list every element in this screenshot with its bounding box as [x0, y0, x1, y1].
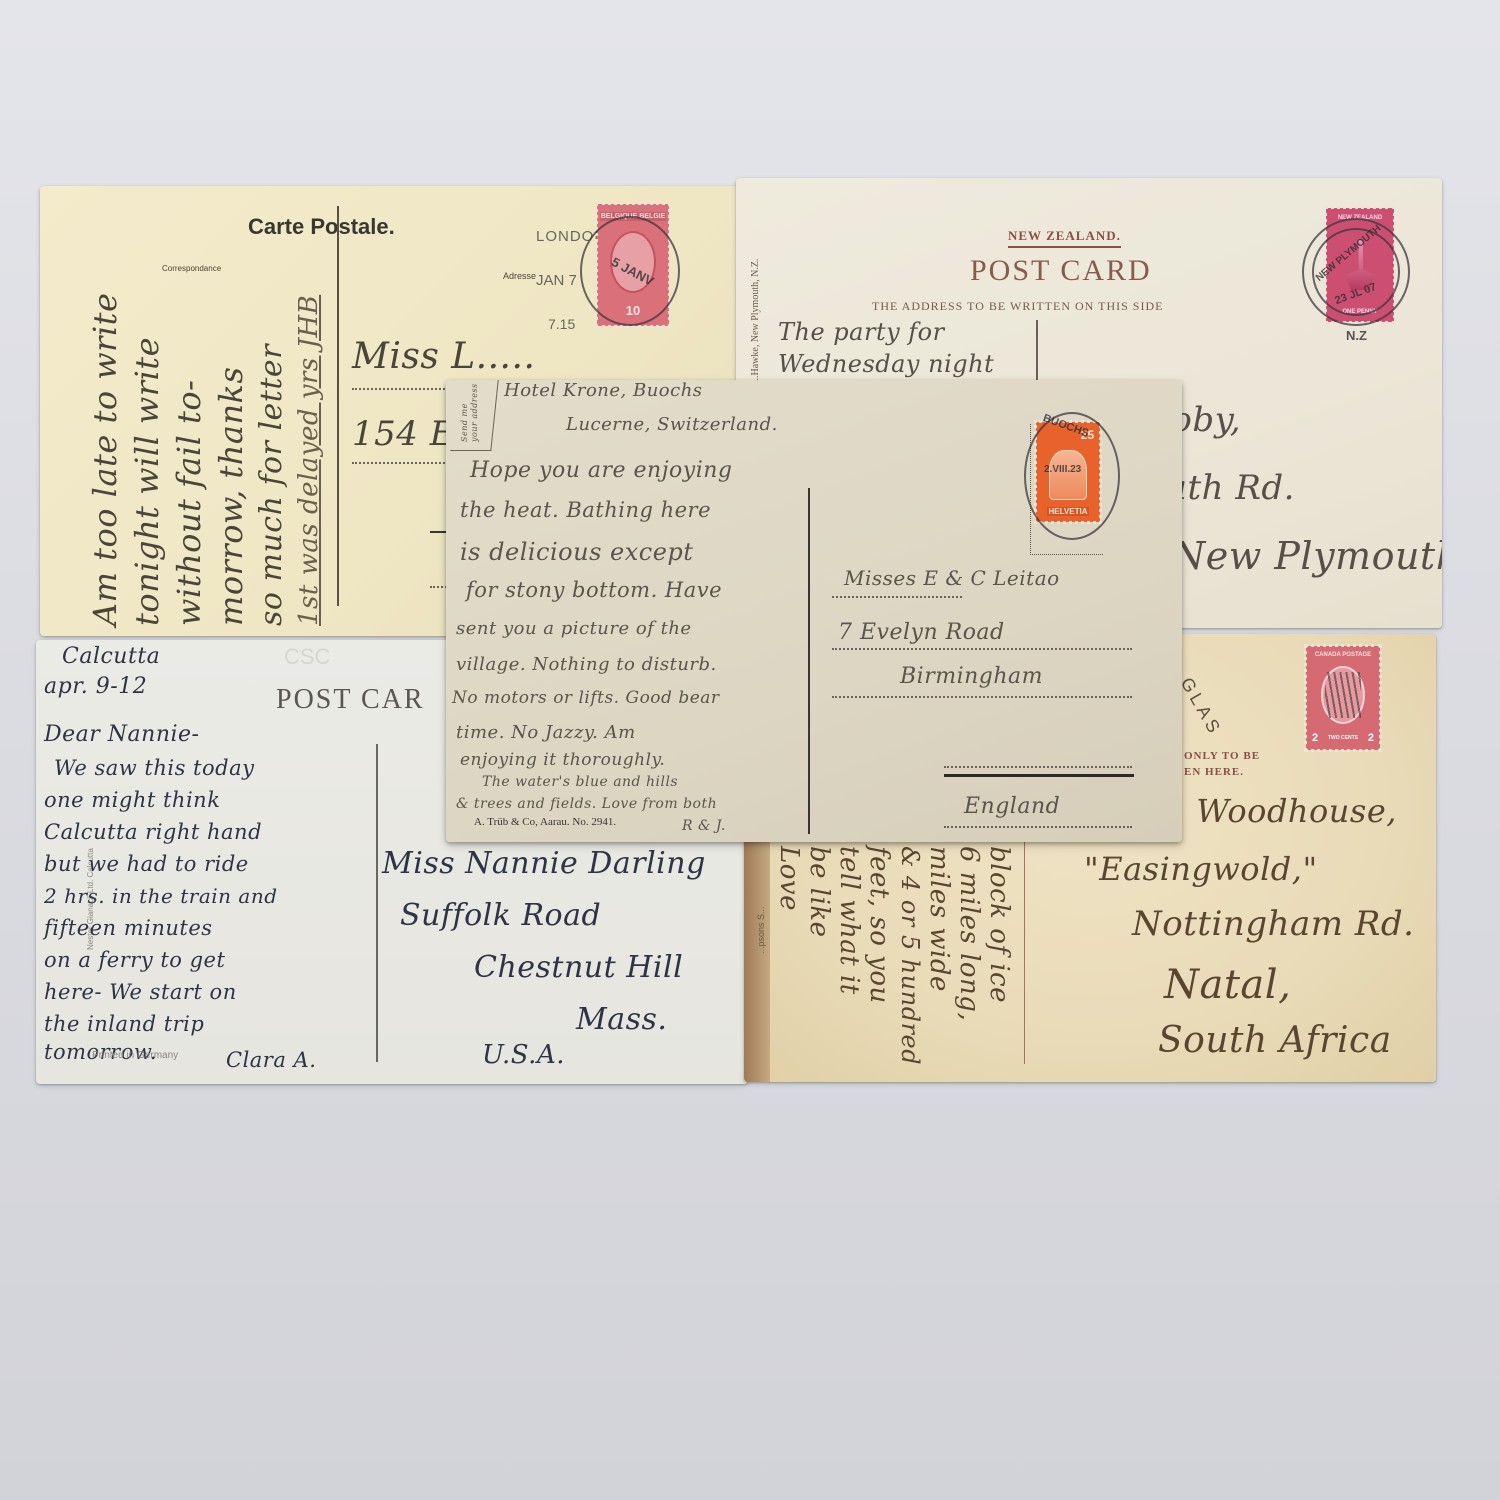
message-line: fifteen minutes — [44, 916, 213, 940]
postmark-date: JAN 7 — [536, 272, 577, 289]
message-line: tell what it — [834, 846, 864, 995]
message-line: the heat. Bathing here — [460, 498, 711, 522]
address-line: U.S.A. — [482, 1040, 565, 1070]
message-line: Hope you are enjoying — [470, 458, 732, 483]
card-title: Carte Postale. — [248, 214, 395, 240]
faint-stamp: CSC — [284, 644, 330, 670]
address-line: Miss L..... — [352, 336, 535, 377]
message-line: Calcutta right hand — [44, 820, 262, 844]
message-line: The water's blue and hills — [482, 774, 678, 790]
stamp-value: 2 — [1368, 732, 1374, 744]
message-line: We saw this today — [54, 756, 254, 780]
postmark-suffix: N.Z — [1346, 328, 1367, 343]
address-line: South Africa — [1158, 1020, 1392, 1061]
message-line: 2 hrs. in the train and — [44, 884, 278, 908]
stamp-country: CANADA POSTAGE — [1315, 652, 1371, 658]
address-line: Mass. — [576, 1002, 667, 1037]
belgium-message: Am too late to write tonight will write … — [80, 186, 330, 626]
card-divider — [337, 206, 339, 606]
address-rule — [944, 766, 1132, 768]
message-line: but we had to ride — [44, 852, 249, 876]
address-rule-solid — [944, 774, 1134, 777]
postcard-switzerland: Send me your address Hotel Krone, Buochs… — [446, 380, 1182, 842]
signature: Clara A. — [226, 1048, 316, 1072]
card-title: POST CAR — [276, 684, 425, 716]
message-line: time. No Jazzy. Am — [456, 722, 636, 743]
message-line: village. Nothing to disturb. — [456, 654, 717, 675]
message-line: feet, so you — [864, 846, 894, 1004]
adresse-label: Adresse — [503, 271, 536, 281]
address-line: Suffolk Road — [400, 898, 601, 933]
message-line: morrow, thanks — [212, 367, 250, 626]
stamp-canada: CANADA POSTAGE 2 TWO CENTS 2 — [1306, 646, 1380, 750]
address-line: "Easingwold," — [1084, 850, 1318, 888]
canada-message: block of ice 6 miles long, miles wide & … — [764, 846, 1014, 1076]
message-line: Am too late to write — [86, 293, 124, 626]
message-line: on a ferry to get — [44, 948, 225, 972]
message-line: No motors or lifts. Good bear — [452, 688, 720, 708]
message-line: block of ice — [984, 846, 1014, 1003]
message-line: so much for letter — [254, 344, 289, 626]
message-line: 6 miles long, — [954, 846, 984, 1021]
message-line: 1st was delayed yrs JHB — [294, 295, 324, 626]
return-address-line: Lucerne, Switzerland. — [566, 414, 778, 435]
correspondance-label: Correspondance — [162, 264, 221, 273]
message-line: & trees and fields. Love from both — [456, 796, 717, 812]
card-title: POST CARD — [970, 254, 1152, 288]
message-line: sent you a picture of the — [456, 618, 692, 639]
instruction-text: ONLY TO BE — [1184, 750, 1260, 762]
address-line: Birmingham — [900, 664, 1043, 689]
address-line: Nottingham Rd. — [1132, 904, 1414, 944]
message-line: tonight will write — [128, 337, 166, 626]
message-line: & 4 or 5 hundred — [896, 846, 924, 1065]
address-line: England — [964, 794, 1060, 819]
address-rule — [832, 648, 1132, 650]
message-line: Calcutta — [62, 644, 160, 669]
message-line: miles wide — [924, 846, 954, 992]
address-rule — [944, 826, 1132, 828]
card-subtitle: THE ADDRESS TO BE WRITTEN ON THIS SIDE — [872, 299, 1163, 314]
message-line: Love — [774, 846, 804, 911]
message-line: Dear Nannie- — [44, 722, 199, 747]
address-line: Miss Nannie Darling — [382, 846, 706, 881]
message-line: Wednesday night — [778, 350, 994, 378]
message-line: is delicious except — [460, 538, 693, 566]
address-line: Natal, — [1164, 962, 1291, 1008]
address-line: Chestnut Hill — [474, 950, 683, 985]
address-line: 7 Evelyn Road — [838, 620, 1005, 645]
country-heading: NEW ZEALAND. — [1008, 228, 1121, 248]
message-line: enjoying it thoroughly. — [460, 750, 665, 770]
cancellation-bars-icon — [1325, 672, 1361, 718]
message-line: here- We start on — [44, 980, 237, 1004]
address-line: Misses E & C Leitao — [844, 566, 1060, 590]
stamp-value-text: TWO CENTS — [1328, 735, 1358, 741]
message-line: one might think — [44, 788, 220, 812]
card-divider — [808, 488, 810, 834]
publisher-credit: A. Trüb & Co, Aarau. No. 2941. — [474, 816, 616, 828]
postmark-date: 2.VIII.23 — [1044, 464, 1081, 475]
card-divider — [376, 744, 378, 1062]
message-line: for stony bottom. Have — [466, 578, 722, 602]
card-divider — [1024, 834, 1025, 1064]
return-address-line: Hotel Krone, Buochs — [504, 380, 703, 401]
postmark-time: 7.15 — [548, 316, 575, 332]
message-line: the inland trip — [44, 1012, 204, 1036]
stamp-value: 2 — [1312, 732, 1318, 744]
message-line: be like — [804, 846, 834, 938]
address-line: J. Woodhouse, — [1164, 792, 1397, 830]
stamp-values: 2 TWO CENTS 2 — [1312, 732, 1374, 744]
address-rule — [832, 596, 962, 598]
message-line: R & J. — [682, 818, 726, 834]
message-line: without fail to- — [170, 380, 208, 627]
address-rule — [832, 696, 1132, 698]
address-line: New Plymouth — [1172, 534, 1442, 578]
printed-note: Printed in Germany — [92, 1050, 178, 1061]
message-line: The party for — [778, 318, 945, 346]
publisher-credit: ...Hawke, New Plymouth, N.Z. — [750, 259, 761, 383]
message-line: apr. 9-12 — [44, 674, 147, 699]
king-portrait-icon — [1321, 666, 1365, 724]
instruction-text: EN HERE. — [1184, 766, 1244, 778]
postmark-fragment: GLAS — [1176, 674, 1226, 740]
margin-note: Send me your address — [460, 382, 480, 442]
